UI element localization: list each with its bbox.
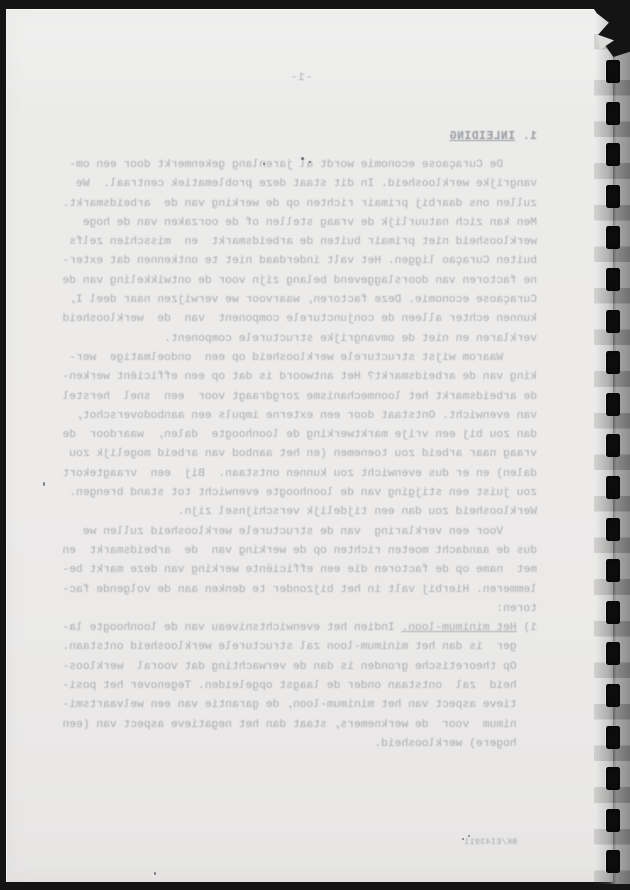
text-line: buiten Curaçao liggen. Het valt inderdaa… (65, 252, 537, 271)
text-line: Werkloosheid zou dan een tijdelijk versc… (65, 503, 537, 522)
list-item-first-line: 1) Het minimum-loon. Indien het evenwich… (65, 619, 537, 638)
mirrored-bleed-through-text: -1- 1. INLEIDING De Curaçaose economie w… (65, 10, 537, 882)
section-heading-title: INLEIDING (449, 130, 515, 143)
binding-hole (606, 268, 620, 291)
text-line: nimum voor de werknemers, staat dan het … (65, 716, 537, 735)
text-line: toren: (65, 600, 537, 619)
binding-hole (606, 518, 620, 541)
binding-hole (606, 684, 620, 707)
binding-hole (606, 185, 620, 208)
text-line: Waarom wijst structurele werkloosheid op… (65, 349, 537, 368)
text-line: werkloosheid niet primair buiten de arbe… (65, 233, 537, 252)
scanned-document-screenshot: { "doc": { "page_number": "-1-", "headin… (0, 0, 630, 890)
dust-speck (263, 163, 265, 165)
list-item-continuation-lines: ger is dan het minimum-loon zal structur… (65, 638, 537, 754)
binding-hole (606, 60, 620, 83)
section-heading-number: 1. (515, 130, 537, 143)
text-line: met name op de factoren die een efficiën… (65, 561, 537, 580)
binding-edge-shadow (594, 6, 630, 884)
binding-hole (606, 601, 620, 624)
dust-speck (309, 161, 311, 163)
dust-speck (468, 835, 470, 837)
section-heading: 1. INLEIDING (449, 130, 537, 143)
binding-hole (606, 476, 620, 499)
document-reference-code: BK/EI43911 (464, 838, 517, 847)
text-line: van evenwicht. Ontstaat door een externe… (65, 407, 537, 426)
dust-speck (154, 872, 156, 875)
text-line: ne factoren van doorslaggevend belang zi… (65, 272, 537, 291)
binding-hole (606, 642, 620, 665)
text-line: ger is dan het minimum-loon zal structur… (65, 638, 537, 657)
binding-hole (606, 850, 620, 873)
text-line: heid zal ontstaan onder de laagst opgele… (65, 677, 537, 696)
page-number: -1- (65, 72, 537, 84)
binding-hole (606, 767, 620, 790)
binding-hole (606, 393, 620, 416)
dust-speck (301, 157, 304, 160)
list-item-first-line-rest: Indien het evenwichtsniveau van de loonh… (62, 622, 401, 634)
binding-hole (606, 226, 620, 249)
body-text: De Curaçaose economie wordt al jarenlang… (65, 156, 537, 754)
binding-hole (606, 102, 620, 125)
binding-hole (606, 434, 620, 457)
binding-hole (606, 143, 620, 166)
text-line: dus de aandacht moeten richten op de wer… (65, 542, 537, 561)
list-item-number: 1) (517, 622, 537, 634)
text-line: Voor een verklaring van de structurele w… (65, 523, 537, 542)
dust-speck (43, 482, 45, 486)
binding-hole (606, 559, 620, 582)
text-line: de arbeidsmarkt het loonmechanisme zorgd… (65, 388, 537, 407)
text-line: vangrijke werkloosheid. In dit staat dez… (65, 175, 537, 194)
text-line: dalen) en er dus evenwicht zou kunnen on… (65, 465, 537, 484)
text-line: hogere) werkloosheid. (65, 735, 537, 754)
text-line: verklaren en niet de omvangrijke structu… (65, 330, 537, 349)
paragraph-lines: De Curaçaose economie wordt al jarenlang… (65, 156, 537, 619)
text-line: zou juist een stijging van de loonhoogte… (65, 484, 537, 503)
text-line: Op theoretische gronden is dan de verwac… (65, 658, 537, 677)
text-line: lemmeren. Hierbij valt in het bijzonder … (65, 581, 537, 600)
text-line: zullen ons daarbij primair richten op de… (65, 195, 537, 214)
binding-hole (606, 351, 620, 374)
text-line: king van de arbeidsmarkt? Het antwoord i… (65, 368, 537, 387)
dust-speck (462, 838, 464, 840)
scanned-page: -1- 1. INLEIDING De Curaçaose economie w… (6, 9, 613, 882)
list-item-term: Het minimum-loon. (401, 622, 516, 634)
text-line: vraag naar arbeid zou toenemen (en het a… (65, 445, 537, 464)
binding-hole (606, 809, 620, 832)
text-line: Curaçaose economie. Deze factoren, waarv… (65, 291, 537, 310)
binding-hole (606, 726, 620, 749)
binding-hole (606, 310, 620, 333)
text-line: dan zou bij een vrije marktwerking de lo… (65, 426, 537, 445)
text-line: Men kan zich natuurlijk de vraag stellen… (65, 214, 537, 233)
text-line: tieve aspect van het minimum-loon, de ga… (65, 696, 537, 715)
text-line: kunnen echter alleen de conjuncturele co… (65, 310, 537, 329)
